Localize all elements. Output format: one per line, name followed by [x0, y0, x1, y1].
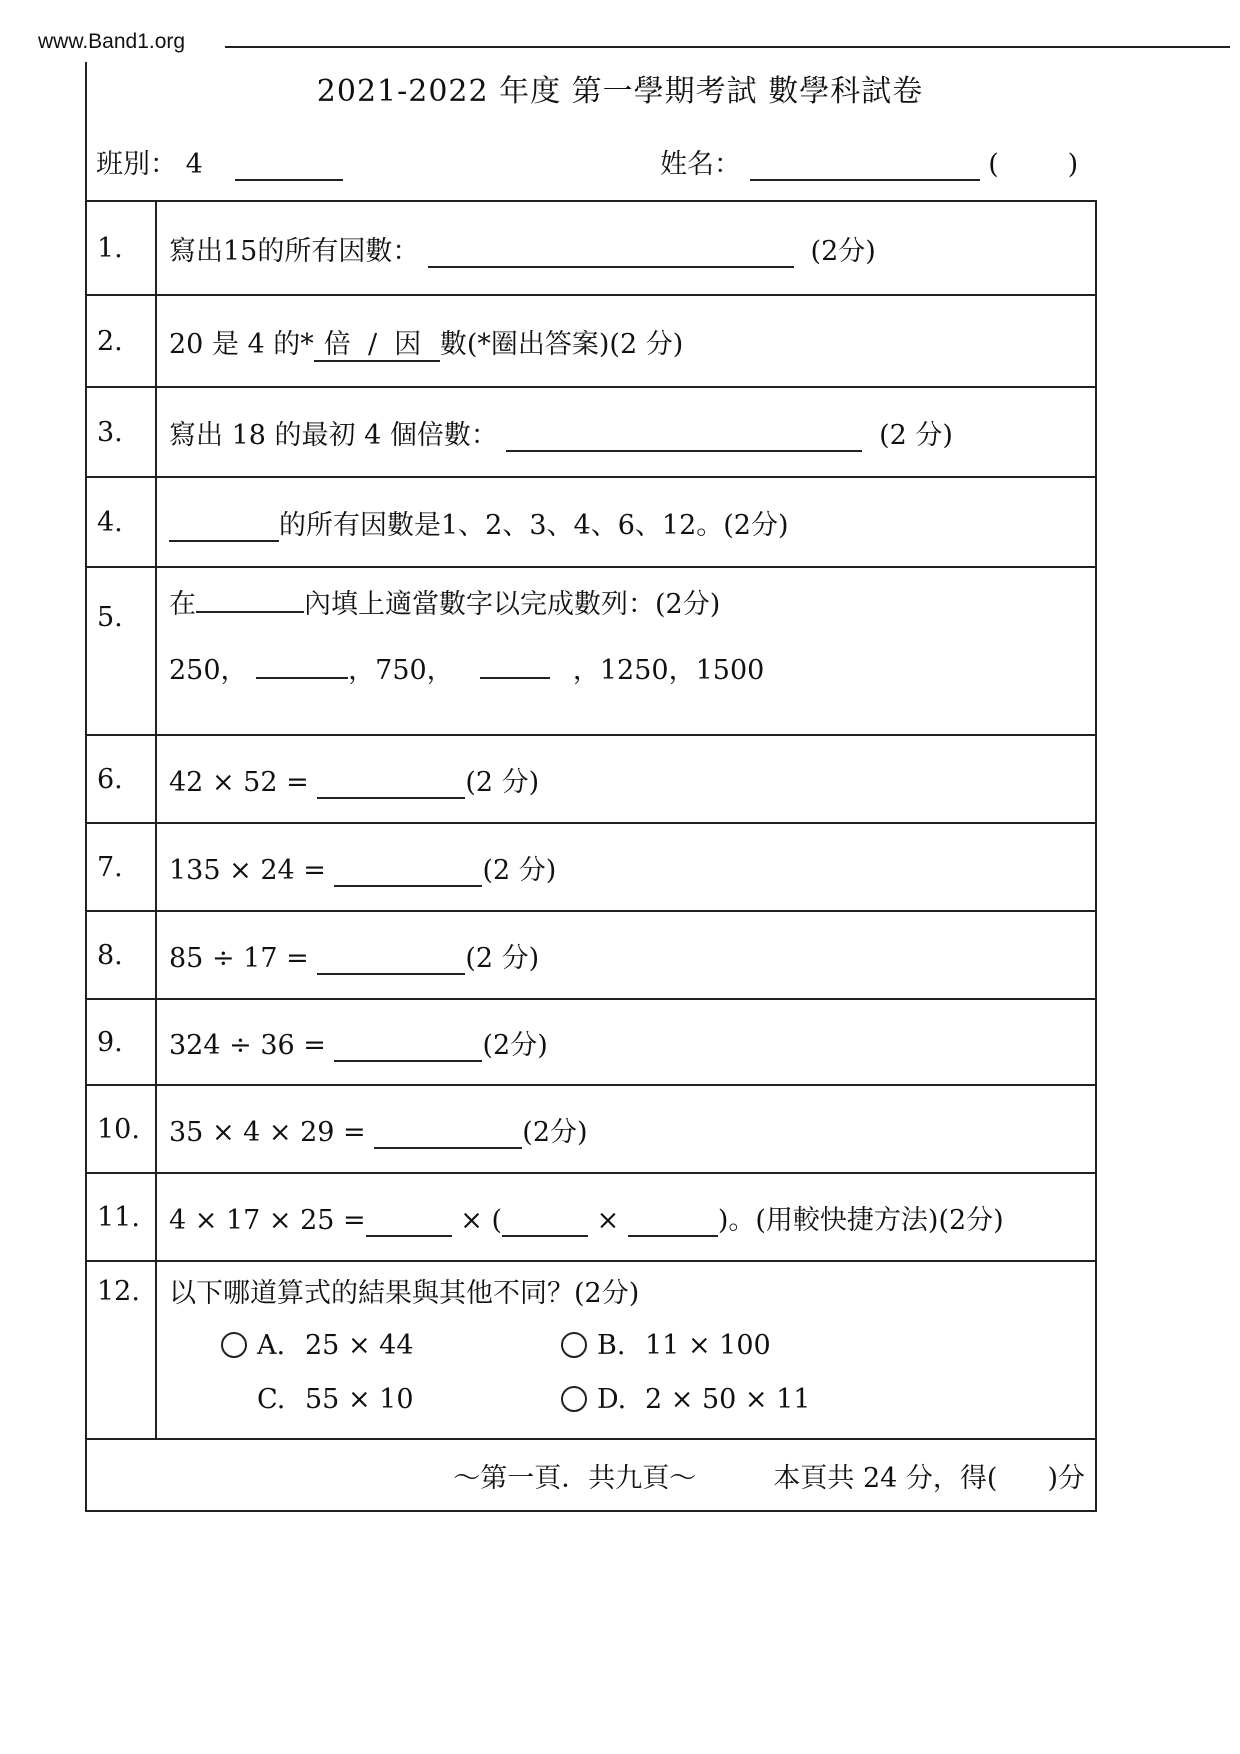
answer-blank-3[interactable]: [628, 1209, 718, 1237]
page-indicator: ～第一頁．共九頁～: [453, 1463, 696, 1494]
marks: (2分): [811, 236, 876, 267]
question-body: 寫出15的所有因數： (2分): [156, 201, 1096, 295]
question-number: 7.: [86, 823, 156, 911]
question-row-6: 6. 42 × 52 = (2 分): [86, 735, 1096, 823]
question-number: 2.: [86, 295, 156, 387]
page-footer: ～第一頁．共九頁～ 本頁共 24 分，得()分: [86, 1439, 1096, 1511]
question-number: 4.: [86, 477, 156, 567]
question-number: 3.: [86, 387, 156, 477]
option-b[interactable]: B. 11 × 100: [561, 1330, 901, 1361]
answer-blank[interactable]: [317, 771, 465, 799]
radio-circle-icon[interactable]: [561, 1386, 587, 1412]
question-body: 42 × 52 = (2 分): [156, 735, 1096, 823]
question-body: 20 是 4 的*倍 / 因 數(*圈出答案)(2 分): [156, 295, 1096, 387]
marks: (2 分): [482, 855, 556, 886]
score-prefix: 本頁共 24 分，得(: [773, 1463, 997, 1494]
exam-title: 2021-2022 年度 第一學期考試 數學科試卷: [0, 66, 1240, 110]
name-field: 姓名： ( ): [660, 142, 1100, 181]
answer-blank[interactable]: [374, 1121, 522, 1149]
footer-row: ～第一頁．共九頁～ 本頁共 24 分，得()分: [86, 1439, 1096, 1511]
question-number: 8.: [86, 911, 156, 999]
question-row-11: 11. 4 × 17 × 25 = × ( × )。(用較快捷方法)(2分): [86, 1173, 1096, 1261]
sequence-blank-2[interactable]: [480, 651, 550, 679]
answer-blank[interactable]: [169, 514, 279, 542]
radio-circle-icon[interactable]: [221, 1332, 247, 1358]
options-row-2: C. 55 × 10 D. 2 × 50 × 11: [221, 1372, 1095, 1426]
question-row-3: 3. 寫出 18 的最初 4 個倍數： (2 分): [86, 387, 1096, 477]
site-watermark: www.Band1.org: [38, 30, 185, 54]
question-number: 1.: [86, 201, 156, 295]
question-body: 324 ÷ 36 = (2分): [156, 999, 1096, 1085]
question-row-8: 8. 85 ÷ 17 = (2 分): [86, 911, 1096, 999]
choice-factor[interactable]: 因: [394, 329, 421, 360]
question-body: 135 × 24 = (2 分): [156, 823, 1096, 911]
marks: (2 分): [879, 420, 953, 451]
question-row-9: 9. 324 ÷ 36 = (2分): [86, 999, 1096, 1085]
answer-blank-2[interactable]: [502, 1209, 588, 1237]
question-row-2: 2. 20 是 4 的*倍 / 因 數(*圈出答案)(2 分): [86, 295, 1096, 387]
option-a[interactable]: A. 25 × 44: [221, 1330, 561, 1361]
answer-blank[interactable]: [317, 947, 465, 975]
question-row-10: 10. 35 × 4 × 29 = (2分): [86, 1085, 1096, 1173]
question-number: 5.: [86, 567, 156, 735]
class-value: 4: [186, 149, 203, 180]
choice-multiple[interactable]: 倍: [324, 329, 351, 360]
sequence-blank-1[interactable]: [256, 651, 348, 679]
question-row-5: 5. 在內填上適當數字以完成數列：(2分) 250， ，750， ，1250，1…: [86, 567, 1096, 735]
question-body: 85 ÷ 17 = (2 分): [156, 911, 1096, 999]
name-blank[interactable]: [750, 151, 980, 181]
marks: (2 分): [465, 767, 539, 798]
question-number: 12.: [86, 1261, 156, 1439]
question-number: 10.: [86, 1085, 156, 1173]
answer-blank[interactable]: [506, 424, 862, 452]
question-row-7: 7. 135 × 24 = (2 分): [86, 823, 1096, 911]
question-body: 寫出 18 的最初 4 個倍數： (2 分): [156, 387, 1096, 477]
question-row-12: 12. 以下哪道算式的結果與其他不同？(2分) A. 25 × 44 B. 11…: [86, 1261, 1096, 1439]
header-rule: [225, 46, 1230, 48]
radio-circle-icon[interactable]: [561, 1332, 587, 1358]
answer-blank-1[interactable]: [366, 1209, 452, 1237]
question-table: 1. 寫出15的所有因數： (2分) 2. 20 是 4 的*倍 / 因 數(*…: [85, 200, 1097, 1512]
marks: (2分): [482, 1030, 547, 1061]
question-body: 的所有因數是1、2、3、4、6、12。(2分): [156, 477, 1096, 567]
option-c[interactable]: C. 55 × 10: [221, 1384, 561, 1415]
score-suffix: )分: [1047, 1463, 1085, 1494]
blank-example: [196, 585, 304, 613]
answer-blank[interactable]: [334, 859, 482, 887]
class-blank[interactable]: [235, 151, 343, 181]
answer-blank[interactable]: [334, 1034, 482, 1062]
options-row-1: A. 25 × 44 B. 11 × 100: [221, 1318, 1095, 1372]
class-label: 班別：: [96, 149, 177, 180]
question-body: 以下哪道算式的結果與其他不同？(2分) A. 25 × 44 B. 11 × 1…: [156, 1261, 1096, 1439]
name-label: 姓名：: [660, 149, 741, 180]
marks: (2 分): [465, 943, 539, 974]
question-number: 11.: [86, 1173, 156, 1261]
question-body: 在內填上適當數字以完成數列：(2分) 250， ，750， ，1250，1500: [156, 567, 1096, 735]
option-d[interactable]: D. 2 × 50 × 11: [561, 1384, 901, 1415]
question-body: 4 × 17 × 25 = × ( × )。(用較快捷方法)(2分): [156, 1173, 1096, 1261]
marks: (2分): [522, 1117, 587, 1148]
question-row-1: 1. 寫出15的所有因數： (2分): [86, 201, 1096, 295]
seat-number-field[interactable]: ( ): [988, 149, 1078, 180]
question-body: 35 × 4 × 29 = (2分): [156, 1085, 1096, 1173]
question-row-4: 4. 的所有因數是1、2、3、4、6、12。(2分): [86, 477, 1096, 567]
question-number: 6.: [86, 735, 156, 823]
answer-blank[interactable]: [428, 240, 794, 268]
question-number: 9.: [86, 999, 156, 1085]
class-field: 班別： 4: [96, 142, 343, 181]
